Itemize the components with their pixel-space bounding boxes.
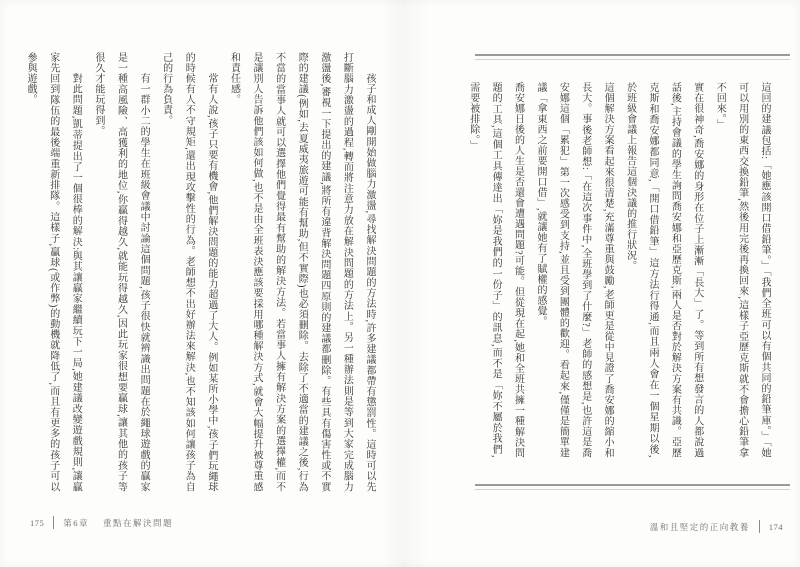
- page-right: 這回的建議包括:「她應該開口借鉛筆。」「我們全班可以有個共同的鉛筆庫。」「她可以…: [400, 0, 800, 567]
- paragraph: 常有人說,孩子只要有機會,他們解決問題的能力超過了大人。例如某所小學中,孩子們玩…: [154, 52, 222, 492]
- book-spread: 孩子和成人剛開始做腦力激盪,尋找解決問題的方法時,許多建議都帶有懲罰性。這時可以…: [0, 0, 800, 567]
- left-text-block: 孩子和成人剛開始做腦力激盪,尋找解決問題的方法時,許多建議都帶有懲罰性。這時可以…: [18, 52, 380, 492]
- bottom-rule: [475, 484, 790, 490]
- footer-divider: [53, 516, 54, 529]
- right-text-block: 這回的建議包括:「她應該開口借鉛筆。」「我們全班可以有個共同的鉛筆庫。」「她可以…: [460, 82, 775, 458]
- paragraph: 這個解決方案看起來很清楚,充滿尊重與鼓勵,老師更是從中見證了喬安娜的縮小和長大。…: [529, 82, 619, 458]
- paragraph: 喬安娜日後的人生是否還會遭遇問題?可能。但從現在起,她和全班共擁一種解決問題的工…: [461, 82, 528, 458]
- book-title: 溫和且堅定的正向教養: [650, 521, 750, 533]
- page-footer-right: 溫和且堅定的正向教養 174: [650, 520, 783, 533]
- paragraph: 這回的建議包括:「她應該開口借鉛筆。」「我們全班可以有個共同的鉛筆庫。」「她可以…: [708, 82, 775, 458]
- top-rule: [475, 54, 790, 60]
- footer-divider: [759, 520, 760, 533]
- paragraph: 孩子和成人剛開始做腦力激盪,尋找解決問題的方法時,許多建議都帶有懲罰性。這時可以…: [222, 52, 380, 492]
- page-footer-left: 175 第6章 重點在解決問題: [30, 516, 173, 529]
- page-left: 孩子和成人剛開始做腦力激盪,尋找解決問題的方法時,許多建議都帶有懲罰性。這時可以…: [0, 0, 400, 567]
- page-number: 174: [769, 522, 783, 532]
- paragraph: 有一群小二的學生在班級會議中討論這個問題,孩子很快就辨識出問題在於繩球遊戲的贏家…: [86, 52, 154, 492]
- chapter-title: 重點在解決問題: [103, 517, 173, 529]
- chapter-label: 第6章: [63, 517, 89, 529]
- page-number: 175: [30, 518, 44, 528]
- paragraph: 對此問題,凱蒂提出了一個很棒的解決:與其讓贏家繼續玩下一局,她建議改變遊戲規則,…: [19, 52, 87, 492]
- paragraph: 實在很神奇,喬安娜的身形在位子上漸漸「長大」了。等到所有想發言的人都說過話後,主…: [618, 82, 708, 458]
